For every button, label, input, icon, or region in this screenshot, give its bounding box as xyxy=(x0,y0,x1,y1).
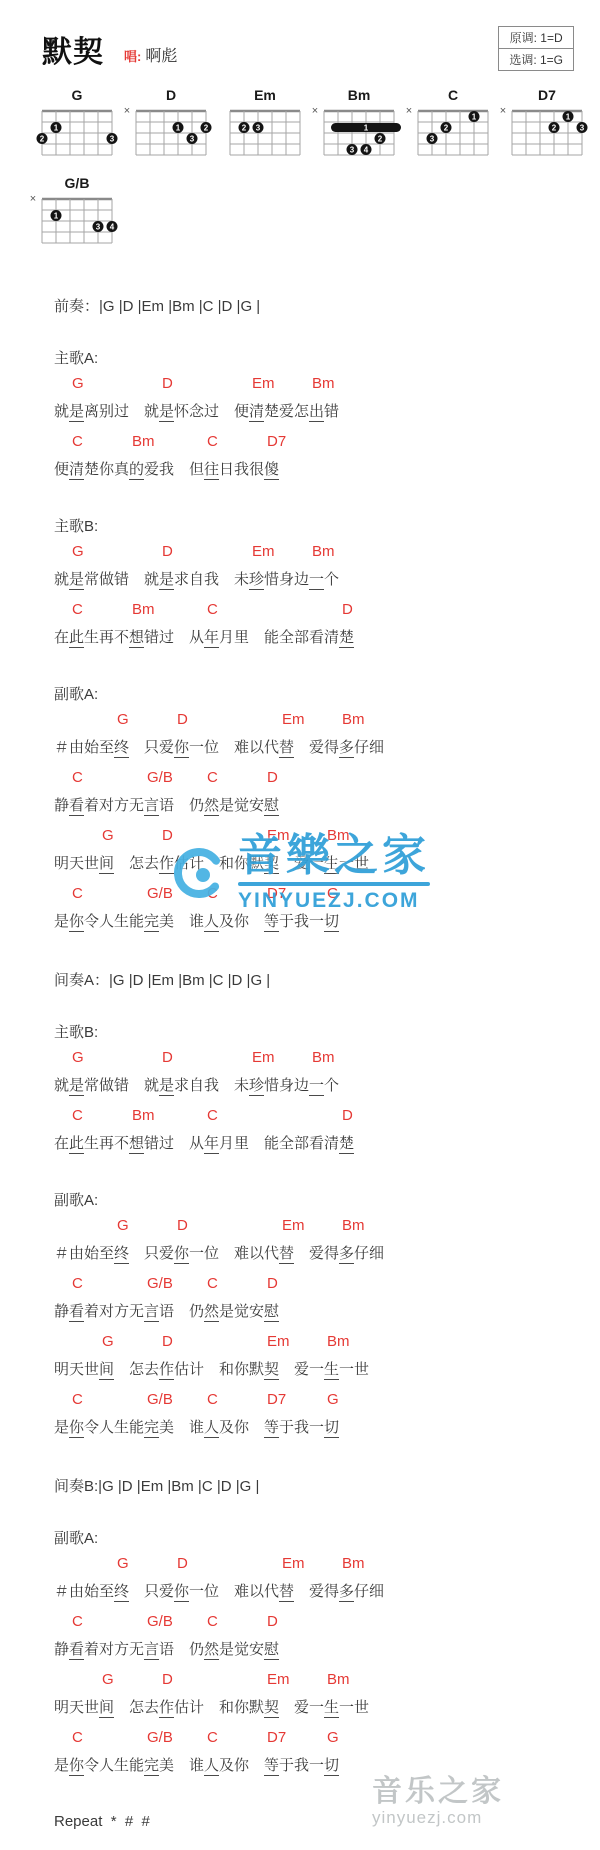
lyric-char xyxy=(174,796,189,815)
lyric-char: 以 xyxy=(249,738,264,757)
lyric-char: 楚 xyxy=(84,460,99,479)
lyric-char xyxy=(129,1076,144,1095)
lyric-char: 错 xyxy=(114,1076,129,1095)
chord-label: Em xyxy=(282,1555,305,1572)
lyric-char: 语 xyxy=(159,1640,174,1659)
chord-diagram-Bm: Bm×1234 xyxy=(308,85,402,163)
lyric-char: 位 xyxy=(204,1244,219,1263)
chord-label: Bm xyxy=(342,711,365,728)
chord-label: C xyxy=(72,1613,83,1630)
lyric-char: 世 xyxy=(84,1698,99,1717)
lyric-char: 世 xyxy=(84,854,99,873)
lyric-char: 爱 xyxy=(144,460,159,479)
chord-label: C xyxy=(207,601,218,618)
chord-label: G xyxy=(117,1555,129,1572)
chord-label: D7 xyxy=(267,885,286,902)
chord-label: D xyxy=(177,711,188,728)
lyric-char: 怎 xyxy=(294,402,309,421)
lyric-char xyxy=(219,1076,234,1095)
section-title: 副歌A: xyxy=(54,1189,600,1207)
lyric-char: 一 xyxy=(309,570,324,590)
lyric-char: 人 xyxy=(99,1418,114,1437)
muted-string-icon: × xyxy=(30,193,36,205)
lyric-char: 部 xyxy=(294,628,309,647)
lyric-char: 仍 xyxy=(189,1302,204,1321)
lyric-char xyxy=(249,1756,264,1775)
lyric-line: 就是常做错 就是求自我 未珍惜身边一个 xyxy=(54,1076,600,1097)
chord-label: C xyxy=(207,1107,218,1124)
lyric-char: 你 xyxy=(69,912,84,932)
lyric-char: 求 xyxy=(174,1076,189,1095)
chord-label: Em xyxy=(252,1049,275,1066)
lyric-char: 始 xyxy=(84,738,99,757)
lyric-char: 能 xyxy=(129,912,144,931)
lyric-char: 看 xyxy=(69,796,84,816)
lyric-char: 是 xyxy=(159,1076,174,1096)
lyric-char: 是 xyxy=(54,912,69,931)
lyric-char: 在 xyxy=(54,628,69,647)
lyric-char: 日 xyxy=(219,460,234,479)
lyric-char: 作 xyxy=(159,1360,174,1380)
lyric-char: 代 xyxy=(264,1244,279,1263)
svg-text:2: 2 xyxy=(378,135,383,144)
chord-label: Bm xyxy=(132,601,155,618)
lyric-char: 就 xyxy=(144,570,159,589)
lyric-char: 就 xyxy=(144,1076,159,1095)
lyric-char: 天 xyxy=(69,1698,84,1717)
lyric-char: 生 xyxy=(114,1418,129,1437)
lyric-char: 能 xyxy=(129,1756,144,1775)
chord-line: CG/BCD xyxy=(54,769,600,787)
lyric-char: 着 xyxy=(84,1302,99,1321)
chord-label: Bm xyxy=(342,1217,365,1234)
lyric-char: 方 xyxy=(114,796,129,815)
chord-label: D xyxy=(162,543,173,560)
chord-label: C xyxy=(207,769,218,786)
lyric-char: 安 xyxy=(249,1302,264,1321)
lyric-char: 月 xyxy=(219,1134,234,1153)
chord-diagram-row: G/B×134 xyxy=(26,173,600,251)
chord-sheet-page: 默契 唱:啊彪 原调: 1=D 选调: 1=G G123D×123Em23Bm×… xyxy=(0,0,600,1850)
lyric-char: 位 xyxy=(204,1582,219,1601)
svg-text:4: 4 xyxy=(364,146,369,155)
lyric-char xyxy=(129,738,144,757)
muted-string-icon: × xyxy=(500,105,506,117)
lyric-char: 于 xyxy=(279,1756,294,1775)
chord-label: D xyxy=(177,1555,188,1572)
svg-text:2: 2 xyxy=(552,124,557,133)
lyric-char: 生 xyxy=(324,1698,339,1718)
lyric-char: 只 xyxy=(144,1582,159,1601)
lyric-line: 是你令人生能完美 谁人及你 等于我一切 xyxy=(54,912,600,933)
lyric-char: 语 xyxy=(159,796,174,815)
chord-label: G xyxy=(117,711,129,728)
lyric-char: 明 xyxy=(54,1360,69,1379)
lyric-char xyxy=(219,738,234,757)
chord-label: D xyxy=(342,1107,353,1124)
section-title: 主歌B: xyxy=(54,515,600,533)
chord-line: GDEmBm xyxy=(54,827,600,845)
lyric-char: 以 xyxy=(249,1582,264,1601)
chord-diagram-D: D×123 xyxy=(120,85,214,163)
lyric-char: 求 xyxy=(174,570,189,589)
chord-label: Bm xyxy=(342,1555,365,1572)
lyric-char: 无 xyxy=(129,796,144,815)
lyric-char: 等 xyxy=(264,1756,279,1776)
lyric-char: 爱 xyxy=(294,854,309,873)
svg-text:2: 2 xyxy=(40,135,45,144)
lyric-char: 仔 xyxy=(354,738,369,757)
lyric-char: 至 xyxy=(99,738,114,757)
lyric-char xyxy=(129,402,144,421)
lyric-char: 契 xyxy=(264,854,279,874)
lyric-char: 一 xyxy=(309,1756,324,1775)
lyric-char: 过 xyxy=(114,402,129,421)
lyric-char: 珍 xyxy=(249,570,264,590)
lyric-line: 是你令人生能完美 谁人及你 等于我一切 xyxy=(54,1418,600,1439)
lyric-line: 明天世间 怎去作估计 和你默契 爱一生一世 xyxy=(54,854,600,875)
lyric-char: 是 xyxy=(69,402,84,422)
lyric-char: 便 xyxy=(54,460,69,479)
lyric-char: 谁 xyxy=(189,1418,204,1437)
lyric-char: 做 xyxy=(99,570,114,589)
lyric-char: 言 xyxy=(144,1302,159,1322)
lyric-char: 你 xyxy=(234,1360,249,1379)
chord-diagram-G: G123 xyxy=(26,85,120,163)
lyric-char: 天 xyxy=(69,1360,84,1379)
lyric-char: 仔 xyxy=(354,1244,369,1263)
lyric-char: 言 xyxy=(144,1640,159,1660)
lyric-char: 切 xyxy=(324,912,339,932)
lyric-char: 估 xyxy=(174,1360,189,1379)
chord-line: CG/BCD xyxy=(54,1613,600,1631)
lyric-char: 出 xyxy=(309,402,324,422)
lyric-char: 年 xyxy=(204,1134,219,1154)
lyric-char: 错 xyxy=(114,570,129,589)
chord-name-label: G/B xyxy=(65,175,90,191)
lyric-char: 楚 xyxy=(339,1134,354,1154)
lyric-char: 静 xyxy=(54,1302,69,1321)
section-title: 主歌A: xyxy=(54,347,600,365)
chord-label: D xyxy=(162,375,173,392)
lyric-char: 念 xyxy=(189,402,204,421)
lyric-char: 令 xyxy=(84,1756,99,1775)
lyric-char: 就 xyxy=(54,402,69,421)
lyric-char: 完 xyxy=(144,1756,159,1776)
lyric-line: 在此生再不想错过 从年月里 能全部看清楚 xyxy=(54,628,600,649)
interlude-line: 间奏A：|G |D |Em |Bm |C |D |G | xyxy=(54,969,600,987)
lyric-char: 你 xyxy=(234,854,249,873)
singer-info: 唱:啊彪 xyxy=(124,43,177,71)
lyric-char xyxy=(204,1698,219,1717)
lyric-char: 我 xyxy=(294,912,309,931)
lyric-char: 一 xyxy=(309,1418,324,1437)
lyric-char: 生 xyxy=(84,1134,99,1153)
lyric-char: 令 xyxy=(84,912,99,931)
lyric-char: 一 xyxy=(189,1582,204,1601)
lyric-char: 得 xyxy=(324,1244,339,1263)
lyric-char: 安 xyxy=(249,796,264,815)
singer-label: 唱: xyxy=(124,49,141,64)
lyric-char: 爱 xyxy=(309,1582,324,1601)
lyric-char xyxy=(129,1244,144,1263)
chord-line: CG/BCD xyxy=(54,1275,600,1293)
lyric-char: 作 xyxy=(159,854,174,874)
lyric-char: 于 xyxy=(279,1418,294,1437)
lyric-char: 一 xyxy=(339,1698,354,1717)
interlude-line: 前奏：|G |D |Em |Bm |C |D |G | xyxy=(54,295,600,313)
page-title: 默契 xyxy=(42,27,104,71)
lyric-char: 再 xyxy=(99,1134,114,1153)
lyric-char: 不 xyxy=(114,628,129,647)
chord-label: D xyxy=(162,1671,173,1688)
muted-string-icon: × xyxy=(124,105,130,117)
lyric-char xyxy=(114,854,129,873)
lyric-char xyxy=(279,1698,294,1717)
lyric-char: 静 xyxy=(54,1640,69,1659)
section-title: 副歌A: xyxy=(54,683,600,701)
lyric-line: 静看着对方无言语 仍然是觉安慰 xyxy=(54,796,600,817)
lyric-char: 是 xyxy=(219,1302,234,1321)
lyric-char: 然 xyxy=(204,1640,219,1660)
lyric-char: 看 xyxy=(69,1302,84,1322)
lyric-char: 就 xyxy=(144,402,159,421)
lyric-char: 是 xyxy=(69,1076,84,1096)
lyric-char: 看 xyxy=(69,1640,84,1660)
lyric-char: 是 xyxy=(159,570,174,590)
lyric-char: 很 xyxy=(249,460,264,479)
svg-text:3: 3 xyxy=(190,135,195,144)
lyric-char: 清 xyxy=(249,402,264,422)
lyric-char: 你 xyxy=(69,1756,84,1776)
chord-label: G/B xyxy=(147,1613,173,1630)
lyric-char: 一 xyxy=(189,738,204,757)
lyric-char: 你 xyxy=(234,1756,249,1775)
lyric-char: 人 xyxy=(204,1756,219,1776)
chord-label: Bm xyxy=(312,543,335,560)
lyric-char: 终 xyxy=(114,1582,129,1602)
chord-line: CBmCD xyxy=(54,601,600,619)
lyric-line: 静看着对方无言语 仍然是觉安慰 xyxy=(54,1302,600,1323)
chord-line: GDEmBm xyxy=(54,1333,600,1351)
lyric-char: 错 xyxy=(144,1134,159,1153)
lyric-char: 慰 xyxy=(264,796,279,816)
lyric-char: 令 xyxy=(84,1418,99,1437)
chord-line: GDEmBm xyxy=(54,1049,600,1067)
lyric-char: 我 xyxy=(234,460,249,479)
chord-label: C xyxy=(72,769,83,786)
chord-label: G xyxy=(72,543,84,560)
lyric-line: 就是常做错 就是求自我 未珍惜身边一个 xyxy=(54,570,600,591)
chord-line: CG/BCD7G xyxy=(54,1391,600,1409)
lyric-char xyxy=(174,1640,189,1659)
lyric-char: 美 xyxy=(159,912,174,931)
lyric-char: 里 xyxy=(234,628,249,647)
svg-text:3: 3 xyxy=(96,223,101,232)
chord-label: Bm xyxy=(312,1049,335,1066)
chord-label: G xyxy=(102,1333,114,1350)
chord-label: C xyxy=(72,601,83,618)
chord-label: D xyxy=(342,601,353,618)
lyric-char xyxy=(174,460,189,479)
chord-label: G xyxy=(102,827,114,844)
lyric-char: 觉 xyxy=(234,1640,249,1659)
svg-text:2: 2 xyxy=(204,124,209,133)
chord-label: Em xyxy=(267,827,290,844)
lyric-char xyxy=(219,1582,234,1601)
lyric-char: 位 xyxy=(204,738,219,757)
chord-label: C xyxy=(72,1391,83,1408)
lyric-char: 多 xyxy=(339,1582,354,1602)
lyric-char: 语 xyxy=(159,1302,174,1321)
svg-text:1: 1 xyxy=(364,124,369,133)
lyric-char: 只 xyxy=(144,1244,159,1263)
lyric-char: 代 xyxy=(264,1582,279,1601)
lyric-char xyxy=(294,1582,309,1601)
lyric-char: 难 xyxy=(234,1244,249,1263)
svg-text:1: 1 xyxy=(176,124,181,133)
lyric-char: 对 xyxy=(99,1302,114,1321)
lyric-char: 无 xyxy=(129,1302,144,1321)
lyric-char: 个 xyxy=(324,1076,339,1095)
lyric-char: 美 xyxy=(159,1756,174,1775)
lyric-char xyxy=(129,1582,144,1601)
lyric-char: 一 xyxy=(189,1244,204,1263)
chord-label: Em xyxy=(267,1333,290,1350)
lyric-char: 你 xyxy=(69,1418,84,1438)
lyric-char: 一 xyxy=(339,854,354,873)
lyric-char: 替 xyxy=(279,1582,294,1602)
lyric-char: 珍 xyxy=(249,1076,264,1096)
chord-label: C xyxy=(207,433,218,450)
chord-label: C xyxy=(207,885,218,902)
lyric-char: 看 xyxy=(309,1134,324,1153)
chord-label: G xyxy=(102,1671,114,1688)
lyric-char xyxy=(249,912,264,931)
lyric-char: 能 xyxy=(264,628,279,647)
lyric-line: 明天世间 怎去作估计 和你默契 爱一生一世 xyxy=(54,1360,600,1381)
lyric-char: 计 xyxy=(189,1360,204,1379)
lyric-char xyxy=(204,1360,219,1379)
lyric-char: 完 xyxy=(144,1418,159,1438)
lyric-char: 爱 xyxy=(294,1698,309,1717)
lyric-char: 及 xyxy=(219,1418,234,1437)
lyric-char: 过 xyxy=(204,402,219,421)
lyric-char: 身 xyxy=(279,1076,294,1095)
lyric-char: 世 xyxy=(354,1698,369,1717)
chord-label: D xyxy=(177,1217,188,1234)
chord-label: D xyxy=(267,1275,278,1292)
chord-label: G xyxy=(327,1391,339,1408)
lyric-line: 明天世间 怎去作估计 和你默契 爱一生一世 xyxy=(54,1698,600,1719)
lyric-char: 由 xyxy=(69,1244,84,1263)
lyric-char: 你 xyxy=(234,1418,249,1437)
lyric-char: 清 xyxy=(69,460,84,480)
lyric-char: 作 xyxy=(159,1698,174,1718)
lyric-char: 仍 xyxy=(189,1640,204,1659)
lyric-char: 你 xyxy=(174,738,189,758)
lyric-char: 默 xyxy=(249,1698,264,1717)
chord-label: D xyxy=(162,1333,173,1350)
lyric-char: 惜 xyxy=(264,1076,279,1095)
chord-line: CG/BCD7G xyxy=(54,885,600,903)
chord-label: G/B xyxy=(147,885,173,902)
lyric-char: 离 xyxy=(84,402,99,421)
lyric-char: 部 xyxy=(294,1134,309,1153)
lyric-line: 在此生再不想错过 从年月里 能全部看清楚 xyxy=(54,1134,600,1155)
lyric-char: 只 xyxy=(144,738,159,757)
lyric-char: 此 xyxy=(69,1134,84,1154)
lyric-char: 人 xyxy=(99,912,114,931)
lyric-char: 边 xyxy=(294,1076,309,1095)
fretboard-grid xyxy=(42,111,112,155)
lyric-char: 你 xyxy=(174,1582,189,1602)
lyric-char xyxy=(219,570,234,589)
lyric-char xyxy=(294,1244,309,1263)
chord-label: Bm xyxy=(327,827,350,844)
chord-name-label: Bm xyxy=(348,87,371,103)
lyric-char: 爱 xyxy=(309,1244,324,1263)
lyric-char: 契 xyxy=(264,1698,279,1718)
lyric-char: ＃ xyxy=(54,1582,69,1601)
chord-label: C xyxy=(72,1729,83,1746)
lyric-char: 便 xyxy=(234,402,249,421)
lyric-line: ＃由始至终 只爱你一位 难以代替 爱得多仔细 xyxy=(54,1582,600,1603)
lyric-char: 一 xyxy=(309,1076,324,1096)
chord-label: G/B xyxy=(147,1729,173,1746)
original-key: 原调: 1=D xyxy=(499,27,573,48)
fretboard-grid xyxy=(230,111,300,155)
lyric-char: 是 xyxy=(54,1418,69,1437)
lyric-char: 爱 xyxy=(279,402,294,421)
chord-label: D xyxy=(267,769,278,786)
chord-label: D xyxy=(267,1613,278,1630)
svg-text:3: 3 xyxy=(110,135,115,144)
lyric-char: 估 xyxy=(174,854,189,873)
lyric-char: ＃ xyxy=(54,738,69,757)
lyric-char: 未 xyxy=(234,1076,249,1095)
chord-name-label: C xyxy=(448,87,458,103)
lyric-char: 至 xyxy=(99,1244,114,1263)
section-title: 主歌B: xyxy=(54,1021,600,1039)
song-sections: 前奏：|G |D |Em |Bm |C |D |G |主歌A:GDEmBm就是离… xyxy=(0,295,600,1831)
lyric-char: 然 xyxy=(204,796,219,816)
chord-label: C xyxy=(72,1107,83,1124)
chord-line: GDEmBm xyxy=(54,1217,600,1235)
lyric-char: 明 xyxy=(54,1698,69,1717)
lyric-char: 仔 xyxy=(354,1582,369,1601)
chord-name-label: Em xyxy=(254,87,276,103)
lyric-char: 就 xyxy=(54,1076,69,1095)
lyric-char: 从 xyxy=(189,1134,204,1153)
chord-label: Em xyxy=(282,1217,305,1234)
lyric-char: 对 xyxy=(99,796,114,815)
chord-label: Bm xyxy=(312,375,335,392)
lyric-char: 生 xyxy=(114,1756,129,1775)
chord-label: G xyxy=(72,1049,84,1066)
lyric-char: 细 xyxy=(369,1244,384,1263)
lyric-char: 是 xyxy=(54,1756,69,1775)
lyric-char: 惜 xyxy=(264,570,279,589)
lyric-char: 方 xyxy=(114,1640,129,1659)
svg-text:1: 1 xyxy=(54,124,59,133)
lyric-char: 爱 xyxy=(159,1582,174,1601)
lyric-char: 等 xyxy=(264,912,279,932)
lyric-line: 就是离别过 就是怀念过 便清楚爱怎出错 xyxy=(54,402,600,423)
lyric-char: 由 xyxy=(69,738,84,757)
lyric-char: 着 xyxy=(84,1640,99,1659)
fretboard-grid xyxy=(42,199,112,243)
